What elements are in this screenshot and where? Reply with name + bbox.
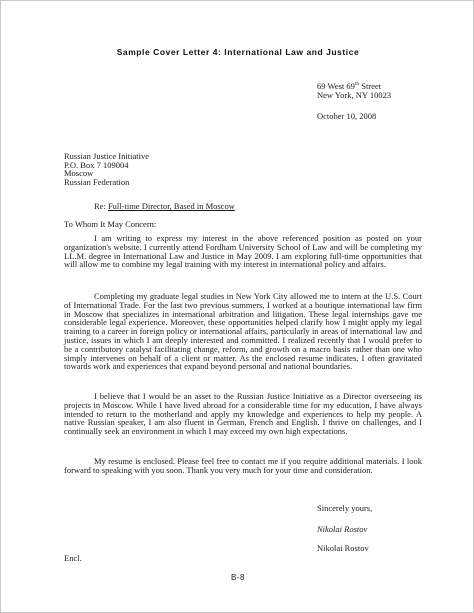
signature-typed-name: Nikolai Rostov (317, 544, 369, 553)
sender-city-line: New York, NY 10023 (317, 91, 391, 100)
recipient-address: Russian Justice Initiative P.O. Box 7 10… (64, 152, 149, 187)
subject-line: Re: Full-time Director, Based in Moscow (94, 202, 235, 211)
letter-page: Sample Cover Letter 4: International Law… (0, 0, 474, 613)
body-paragraph-1: I am writing to express my interest in t… (64, 234, 422, 269)
valediction: Sincerely yours, (317, 504, 372, 513)
body-paragraph-3: I believe that I would be an asset to th… (64, 392, 422, 436)
subject-prefix: Re: (94, 201, 108, 211)
recipient-line: Russian Federation (64, 178, 149, 187)
subject-text: Full-time Director, Based in Moscow (108, 201, 235, 211)
body-paragraph-2: Completing my graduate legal studies in … (64, 292, 422, 371)
page-number: B-8 (1, 574, 474, 583)
body-paragraph-4: My resume is enclosed. Please feel free … (64, 457, 422, 475)
page-title: Sample Cover Letter 4: International Law… (1, 48, 474, 57)
signature-script: Nikolai Rostov (317, 525, 367, 534)
salutation: To Whom It May Concern: (64, 220, 156, 229)
sender-address: 69 West 69th Street New York, NY 10023 (317, 82, 391, 101)
enclosure-note: Encl. (64, 554, 82, 563)
letter-date: October 10, 2008 (317, 112, 376, 121)
